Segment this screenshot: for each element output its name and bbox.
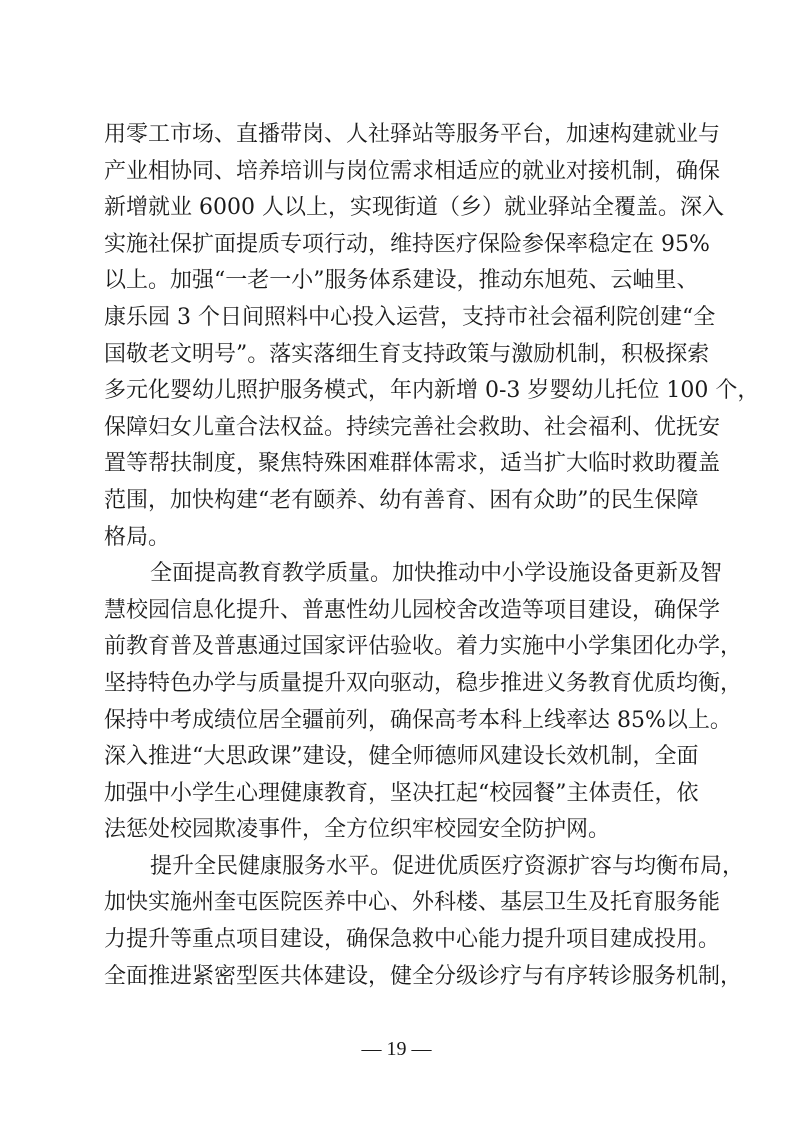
text-line: 保障妇女儿童合法权益。持续完善社会救助、社会福利、优抚安 <box>104 410 690 447</box>
text-line: 力提升等重点项目建设，确保急救中心能力提升项目建成投用。 <box>104 922 690 959</box>
text-line: 坚持特色办学与质量提升双向驱动，稳步推进义务教育优质均衡， <box>104 666 690 703</box>
text-line: 法惩处校园欺凌事件，全方位织牢校园安全防护网。 <box>104 812 690 849</box>
text-line: 提升全民健康服务水平。促进优质医疗资源扩容与均衡布局， <box>104 849 690 886</box>
text-line: 前教育普及普惠通过国家评估验收。着力实施中小学集团化办学， <box>104 629 690 666</box>
text-line: 用零工市场、直播带岗、人社驿站等服务平台，加速构建就业与 <box>104 117 690 154</box>
text-line: 范围，加快构建“老有颐养、幼有善育、困有众助”的民生保障 <box>104 483 690 520</box>
text-line: 保持中考成绩位居全疆前列，确保高考本科上线率达 85%以上。 <box>104 703 690 740</box>
paragraph-health: 提升全民健康服务水平。促进优质医疗资源扩容与均衡布局， 加快实施州奎屯医院医养中… <box>104 849 690 995</box>
text-line: 全面推进紧密型医共体建设，健全分级诊疗与有序转诊服务机制， <box>104 959 690 996</box>
text-line: 多元化婴幼儿照护服务模式，年内新增 0-3 岁婴幼儿托位 100 个， <box>104 373 690 410</box>
text-line: 实施社保扩面提质专项行动，维持医疗保险参保率稳定在 95% <box>104 227 690 264</box>
text-line: 加快实施州奎屯医院医养中心、外科楼、基层卫生及托育服务能 <box>104 885 690 922</box>
paragraph-social-security: 用零工市场、直播带岗、人社驿站等服务平台，加速构建就业与 产业相协同、培养培训与… <box>104 117 690 556</box>
text-line: 加强中小学生心理健康教育，坚决扛起“校园餐”主体责任，依 <box>104 776 690 813</box>
text-line: 康乐园 3 个日间照料中心投入运营，支持市社会福利院创建“全 <box>104 300 690 337</box>
text-line: 慧校园信息化提升、普惠性幼儿园校舍改造等项目建设，确保学 <box>104 593 690 630</box>
text-line: 以上。加强“一老一小”服务体系建设，推动东旭苑、云岫里、 <box>104 263 690 300</box>
text-line: 新增就业 6000 人以上，实现街道（乡）就业驿站全覆盖。深入 <box>104 190 690 227</box>
text-line: 国敬老文明号”。落实落细生育支持政策与激励机制，积极探索 <box>104 337 690 374</box>
text-line: 产业相协同、培养培训与岗位需求相适应的就业对接机制，确保 <box>104 154 690 191</box>
page-number: — 19 — <box>0 1038 793 1061</box>
text-line: 置等帮扶制度，聚焦特殊困难群体需求，适当扩大临时救助覆盖 <box>104 446 690 483</box>
text-line: 格局。 <box>104 520 690 557</box>
document-body: 用零工市场、直播带岗、人社驿站等服务平台，加速构建就业与 产业相协同、培养培训与… <box>104 117 690 995</box>
text-line: 全面提高教育教学质量。加快推动中小学设施设备更新及智 <box>104 556 690 593</box>
paragraph-education: 全面提高教育教学质量。加快推动中小学设施设备更新及智 慧校园信息化提升、普惠性幼… <box>104 556 690 849</box>
text-line: 深入推进“大思政课”建设，健全师德师风建设长效机制，全面 <box>104 739 690 776</box>
